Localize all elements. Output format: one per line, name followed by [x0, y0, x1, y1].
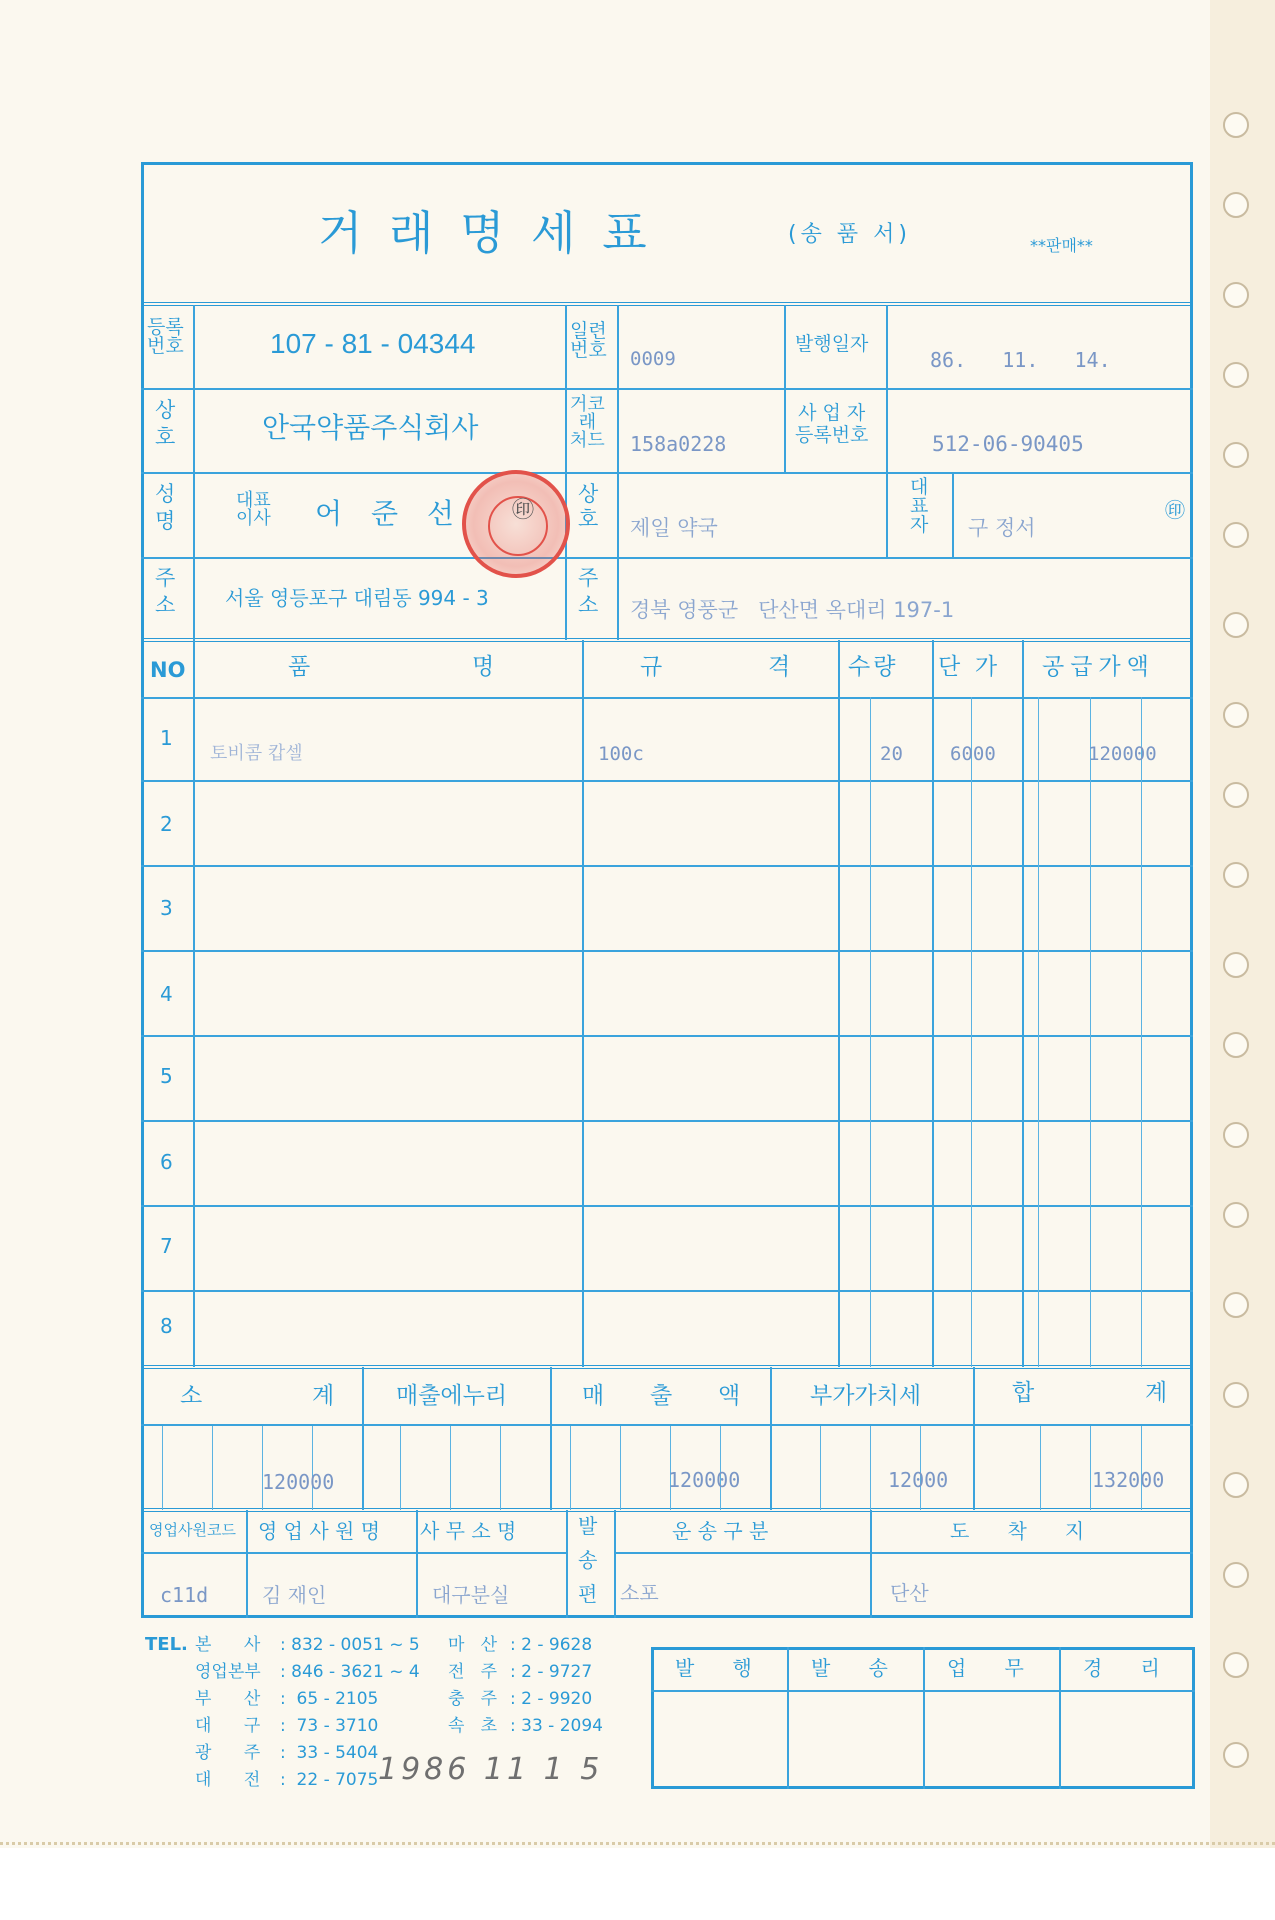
- sales-value: 120000: [668, 1470, 740, 1490]
- seal-mark-icon: ㊞: [512, 500, 534, 522]
- buyer-addr-label: 주소: [578, 568, 598, 616]
- col-header-supply-amount: 공급가액: [1042, 656, 1155, 679]
- row-no: 1: [160, 728, 173, 748]
- contact-label: 전 주: [448, 1664, 497, 1681]
- subtotal-value: 120000: [262, 1472, 334, 1492]
- approval-issue-label: 발 행: [675, 1658, 752, 1678]
- total-value: 132000: [1092, 1470, 1164, 1490]
- supplier-addr-label: 주소: [155, 568, 175, 616]
- received-date-stamp: 1986 11 1 5: [378, 1752, 603, 1787]
- row-no: 3: [160, 898, 173, 918]
- buyer-rep-name: 구 정서: [968, 518, 1036, 539]
- col-header-product-b: 명: [472, 656, 494, 679]
- approval-sign-issue: [653, 1692, 785, 1786]
- tractor-hole-icon: [1223, 1202, 1249, 1228]
- row-no: 2: [160, 814, 173, 834]
- tractor-hole-icon: [1223, 282, 1249, 308]
- supplier-rep-name: 어 준 선: [315, 500, 464, 528]
- vat-value: 12000: [888, 1470, 948, 1490]
- tractor-hole-icon: [1223, 112, 1249, 138]
- company-seal-icon: [462, 470, 570, 578]
- col-header-spec: 규: [640, 656, 662, 679]
- contact-number: : 846 - 3621 ~ 4: [280, 1664, 420, 1681]
- col-header-product: 품: [288, 656, 310, 679]
- tractor-hole-icon: [1223, 1122, 1249, 1148]
- tractor-hole-icon: [1223, 522, 1249, 548]
- approval-sign-operations: [925, 1692, 1057, 1786]
- spec: 100c: [598, 745, 644, 764]
- approval-dispatch-label: 발 송: [811, 1658, 888, 1678]
- tractor-hole-icon: [1223, 362, 1249, 388]
- unit-price: 6000: [950, 745, 996, 764]
- discount-label: 매출에누리: [396, 1385, 507, 1408]
- contact-number: : 33 - 2094: [510, 1718, 603, 1735]
- row-no: 7: [160, 1236, 173, 1256]
- row-no: 8: [160, 1316, 173, 1336]
- tractor-hole-icon: [1223, 702, 1249, 728]
- product-name: 토비콤 캅셀: [210, 745, 303, 763]
- contact-label: 본 사: [195, 1637, 260, 1654]
- contact-number: : 22 - 7075: [280, 1772, 378, 1789]
- approval-accounting-label: 경 리: [1083, 1658, 1160, 1678]
- issue-date-label: 발행일자: [795, 335, 868, 354]
- supplier-reg-no: 107 - 81 - 04344: [270, 330, 476, 358]
- total-label: 합: [1012, 1382, 1034, 1405]
- contact-number: : 2 - 9628: [510, 1637, 592, 1654]
- sales-label-b: 출: [650, 1385, 672, 1408]
- tel-prefix: TEL.: [145, 1636, 188, 1654]
- contact-label: 광 주: [195, 1745, 260, 1762]
- buyer-biz-reg-no: 512-06-90405: [932, 434, 1084, 455]
- tractor-hole-icon: [1223, 862, 1249, 888]
- tractor-hole-icon: [1223, 782, 1249, 808]
- sales-rep-code: c11d: [160, 1585, 208, 1605]
- buyer-name: 제일 약국: [630, 518, 718, 539]
- buyer-rep-label: 대표자: [910, 478, 928, 535]
- contact-number: : 65 - 2105: [280, 1691, 378, 1708]
- contact-label: 마 산: [448, 1637, 497, 1654]
- sales-rep-name: 김 재인: [262, 1585, 326, 1605]
- contact-number: : 2 - 9920: [510, 1691, 592, 1708]
- quantity: 20: [880, 745, 903, 764]
- tractor-hole-icon: [1223, 1652, 1249, 1678]
- sales-label: 매: [582, 1385, 604, 1408]
- client-code: 158a0228: [630, 434, 726, 454]
- tractor-hole-icon: [1223, 952, 1249, 978]
- perforation-tear-line: [0, 1842, 1275, 1845]
- tractor-hole-icon: [1223, 1562, 1249, 1588]
- supplier-address: 서울 영등포구 대림동 994 - 3: [225, 588, 489, 608]
- sales-rep-code-label: 영업사원코드: [149, 1523, 236, 1538]
- col-header-unit-price: 단 가: [938, 656, 997, 679]
- subtotal-label: 소: [180, 1385, 202, 1408]
- form-subtitle: (송 품 서): [788, 224, 911, 246]
- row-no: 4: [160, 984, 173, 1004]
- supply-amount: 120000: [1088, 745, 1157, 764]
- contact-label: 부 산: [195, 1691, 260, 1708]
- issue-date: 86. 11. 14.: [930, 350, 1111, 370]
- contact-number: : 33 - 5404: [280, 1745, 378, 1762]
- client-code-label: 거코래처드: [570, 396, 605, 450]
- approval-sign-dispatch: [789, 1692, 921, 1786]
- col-header-qty: 수량: [848, 656, 898, 679]
- dispatch-label: 발송편: [578, 1516, 597, 1604]
- sales-label-c: 액: [718, 1385, 740, 1408]
- biz-reg-label: 사 업 자등록번호: [795, 404, 868, 445]
- supplier-name: 안국약품주식회사: [262, 414, 478, 442]
- vat-label: 부가가치세: [810, 1385, 921, 1408]
- contact-label: 영업본부: [195, 1664, 261, 1681]
- sale-badge: **판매**: [1030, 238, 1093, 254]
- tractor-hole-icon: [1223, 192, 1249, 218]
- supplier-name-label: 상호: [155, 400, 175, 448]
- transport-type-label: 운 송 구 분: [672, 1521, 768, 1541]
- buyer-seal-mark-icon: ㊞: [1165, 500, 1185, 520]
- serial-no-label: 일련번호: [570, 322, 607, 360]
- tractor-hole-icon: [1223, 1472, 1249, 1498]
- contact-number: : 73 - 3710: [280, 1718, 378, 1735]
- subtotal-label-b: 계: [312, 1385, 334, 1408]
- office-name-label: 사 무 소 명: [420, 1521, 516, 1541]
- contact-label: 대 전: [195, 1772, 260, 1789]
- tractor-hole-icon: [1223, 1382, 1249, 1408]
- buyer-name-label: 상호: [578, 484, 598, 530]
- supplier-rep-label: 성명: [155, 484, 175, 532]
- contact-number: : 2 - 9727: [510, 1664, 592, 1681]
- approval-sign-accounting: [1061, 1692, 1193, 1786]
- contact-number: : 832 - 0051 ~ 5: [280, 1637, 420, 1654]
- contact-label: 대 구: [195, 1718, 260, 1735]
- tractor-hole-icon: [1223, 1292, 1249, 1318]
- buyer-address: 경북 영풍군 단산면 옥대리 197-1: [630, 600, 954, 621]
- rep-title: 대표이사: [236, 492, 271, 528]
- approval-operations-label: 업 무: [947, 1658, 1024, 1678]
- contact-label: 속 초: [448, 1718, 497, 1735]
- col-header-spec-b: 격: [768, 656, 790, 679]
- destination-label: 도 착 지: [950, 1521, 1084, 1541]
- tractor-hole-icon: [1223, 1032, 1249, 1058]
- reg-no-label: 등록번호: [147, 318, 184, 356]
- col-header-no: NO: [150, 660, 185, 681]
- destination: 단산: [890, 1583, 929, 1603]
- serial-no: 0009: [630, 350, 676, 369]
- form-title: 거 래 명 세 표: [318, 210, 653, 256]
- sales-rep-name-label: 영 업 사 원 명: [258, 1521, 380, 1541]
- contact-label: 충 주: [448, 1691, 497, 1708]
- tractor-hole-icon: [1223, 612, 1249, 638]
- tractor-hole-icon: [1223, 1742, 1249, 1768]
- office-name: 대구분실: [432, 1585, 509, 1605]
- tractor-hole-icon: [1223, 442, 1249, 468]
- row-no: 6: [160, 1152, 173, 1172]
- row-no: 5: [160, 1066, 173, 1086]
- transport-type: 소포: [620, 1583, 659, 1603]
- total-label-b: 계: [1145, 1382, 1167, 1405]
